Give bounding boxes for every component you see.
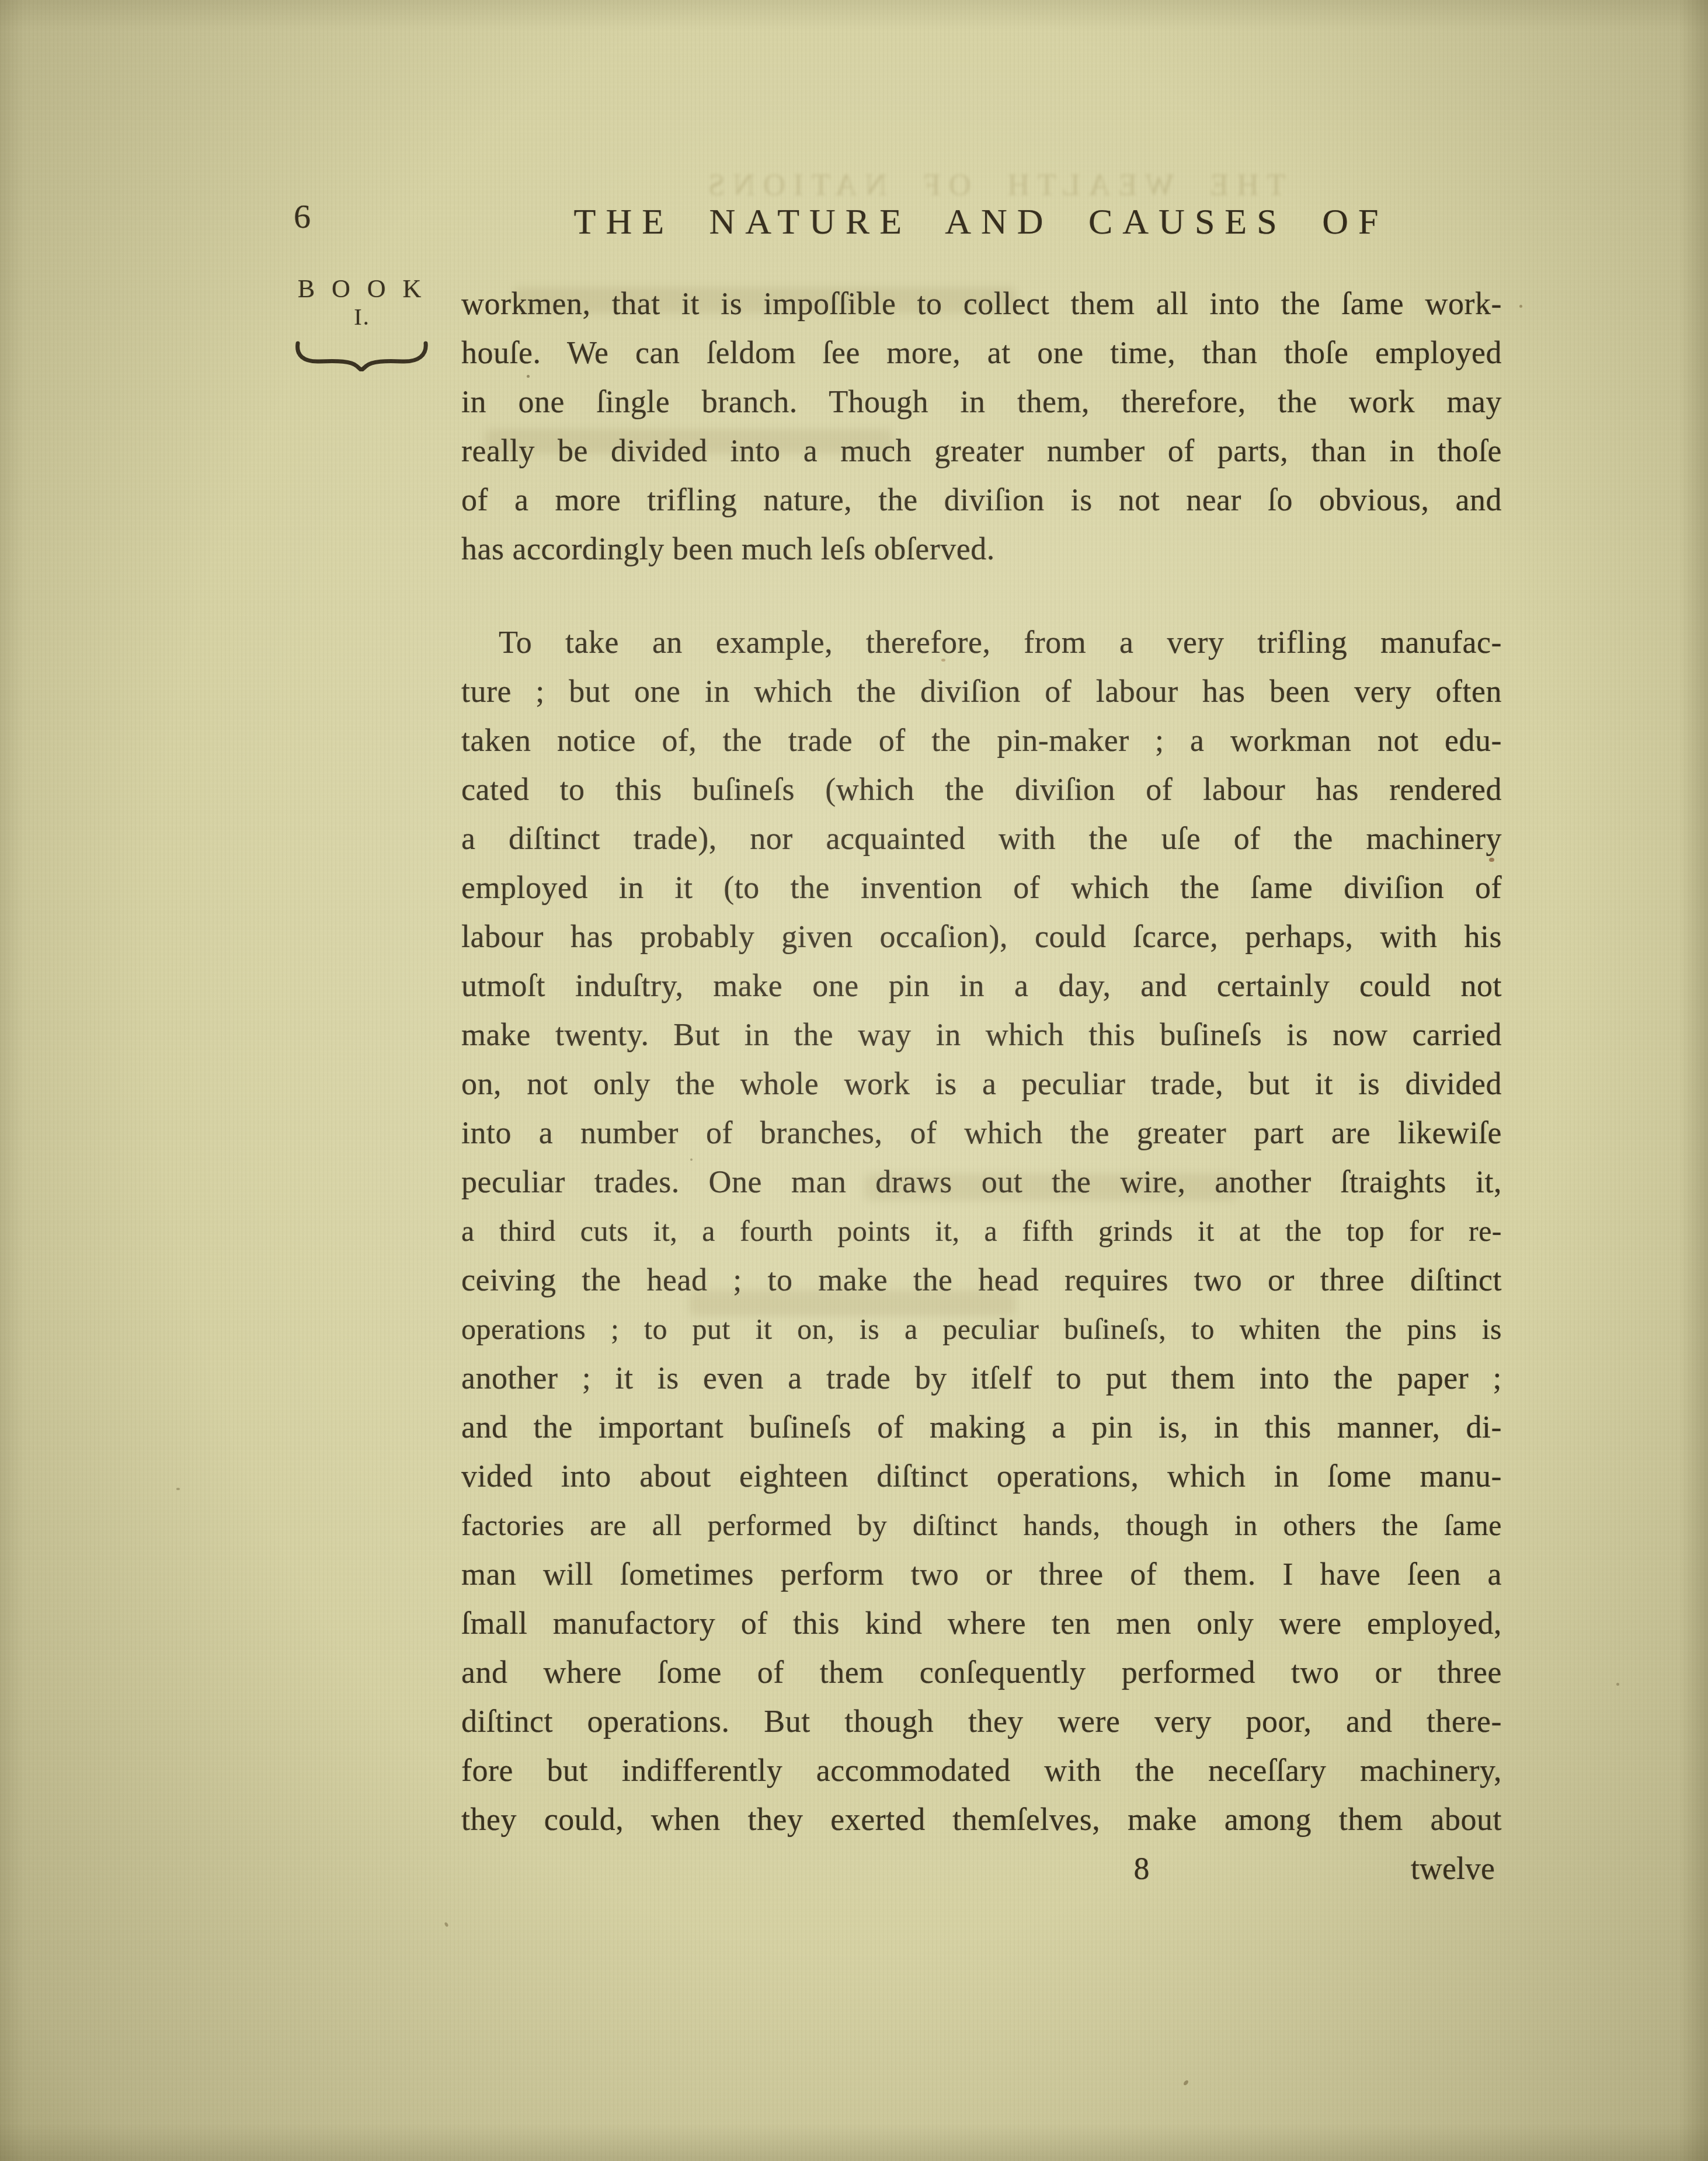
text-line: man will ſometimes perform two or three …	[461, 1550, 1502, 1599]
text-line: employed in it (to the invention of whic…	[461, 863, 1502, 912]
text-line: ture ; but one in which the diviſion of …	[461, 667, 1502, 716]
book-page-scan: THE WEALTH OF NATIONS 6 THE NATURE AND C…	[0, 0, 1708, 2161]
margin-brace-icon	[294, 337, 430, 371]
press-signature: 8	[1112, 1844, 1171, 1893]
text-line: peculiar trades. One man draws out the w…	[461, 1157, 1502, 1206]
text-line: another ; it is even a trade by itſelf t…	[461, 1353, 1502, 1403]
paper-speck	[176, 1488, 180, 1490]
text-line: ceiving the head ; to make the head requ…	[461, 1255, 1502, 1304]
paper-speck	[1616, 1683, 1619, 1686]
text-line: diſtinct operations. But though they wer…	[461, 1697, 1502, 1746]
page-number: 6	[294, 200, 311, 234]
text-line: they could, when they exerted themſelves…	[461, 1795, 1502, 1844]
text-line: labour has probably given occaſion), cou…	[461, 912, 1502, 961]
text-line: workmen, that it is impoſſible to collec…	[461, 279, 1502, 328]
text-line: To take an example, therefore, from a ve…	[461, 618, 1502, 667]
text-line: operations ; to put it on, is a peculiar…	[461, 1304, 1502, 1353]
catchword: twelve	[1302, 1844, 1495, 1893]
text-line: fore but indifferently accommodated with…	[461, 1746, 1502, 1795]
text-line: taken notice of, the trade of the pin-ma…	[461, 716, 1502, 765]
text-line: has accordingly been much leſs obſerved.	[461, 524, 1502, 573]
margin-note-book: B O O K	[287, 276, 437, 302]
book-margin-note: B O O K I.	[287, 276, 437, 371]
text-line: cated to this buſineſs (which the diviſi…	[461, 765, 1502, 814]
text-line: really be divided into a much greater nu…	[461, 426, 1502, 475]
text-line: and the important buſineſs of making a p…	[461, 1403, 1502, 1452]
text-line: of a more trifling nature, the diviſion …	[461, 475, 1502, 524]
paper-speck	[1519, 305, 1522, 308]
paragraph-1: workmen, that it is impoſſible to collec…	[461, 279, 1502, 573]
text-line: into a number of branches, of which the …	[461, 1108, 1502, 1157]
showthrough-title: THE WEALTH OF NATIONS	[572, 170, 1413, 201]
text-line: ſmall manufactory of this kind where ten…	[461, 1599, 1502, 1648]
text-line: in one ſingle branch. Though in them, th…	[461, 377, 1502, 426]
text-line: a third cuts it, a fourth points it, a f…	[461, 1206, 1502, 1255]
text-line: factories are all performed by diſtinct …	[461, 1501, 1502, 1550]
text-line: make twenty. But in the way in which thi…	[461, 1010, 1502, 1059]
text-line: a diſtinct trade), nor acquainted with t…	[461, 814, 1502, 863]
text-line: utmoſt induſtry, make one pin in a day, …	[461, 961, 1502, 1010]
text-line: vided into about eighteen diſtinct opera…	[461, 1452, 1502, 1501]
paragraph-2: To take an example, therefore, from a ve…	[461, 618, 1502, 1844]
running-title: THE NATURE AND CAUSES OF	[461, 204, 1501, 240]
paper-speck	[444, 1922, 448, 1927]
text-line: on, not only the whole work is a peculia…	[461, 1059, 1502, 1108]
margin-note-numeral: I.	[287, 302, 437, 332]
text-line: and where ſome of them conſequently perf…	[461, 1648, 1502, 1697]
text-line: houſe. We can ſeldom ſee more, at one ti…	[461, 328, 1502, 377]
paper-speck	[1182, 2079, 1189, 2086]
